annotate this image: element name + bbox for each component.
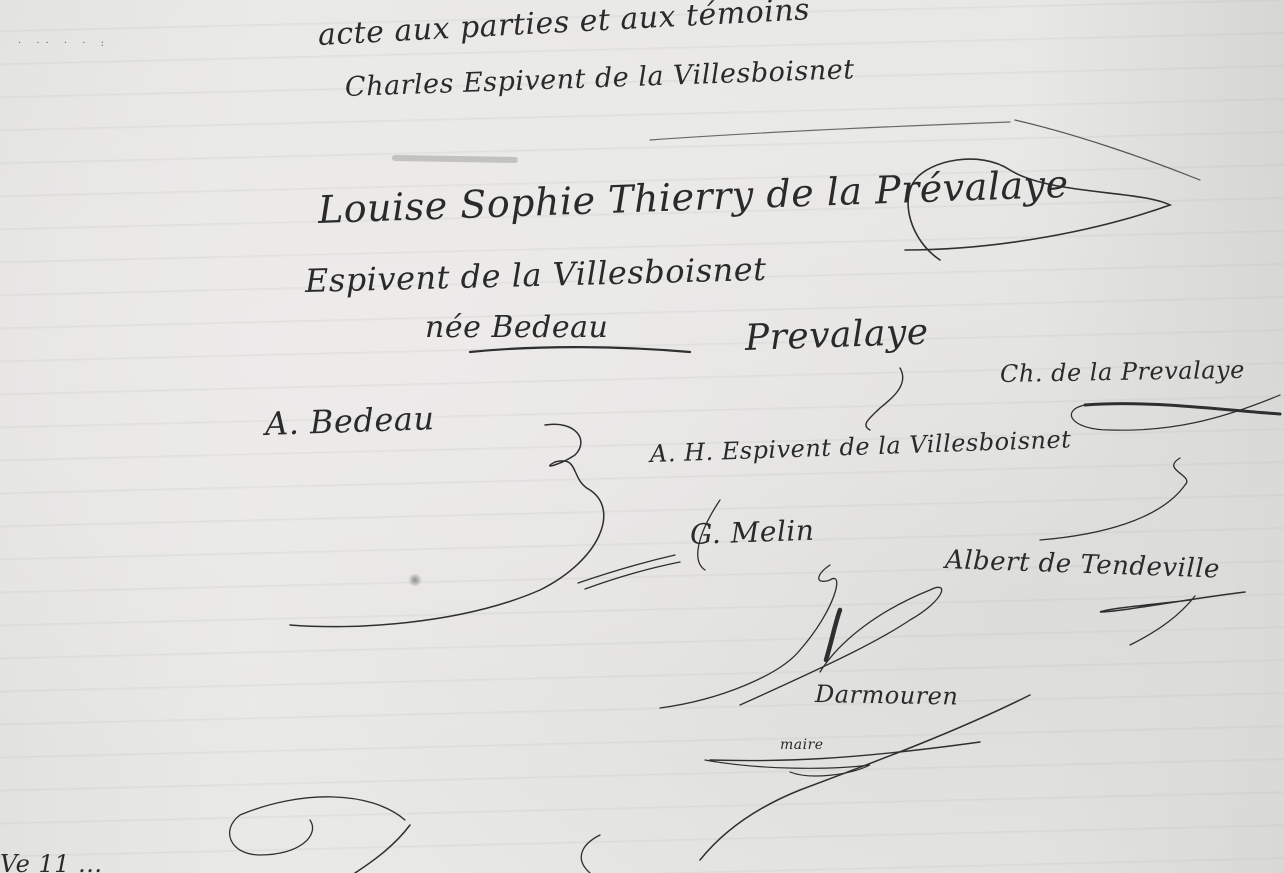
faint-underline-stroke xyxy=(650,122,1010,140)
bedeau-paraph xyxy=(290,424,604,626)
ink-flourishes xyxy=(0,0,1284,873)
signature-a-bedeau: A. Bedeau xyxy=(264,399,435,443)
ink-blot xyxy=(408,573,422,587)
bedeau-underline xyxy=(470,347,690,352)
signature-prevalaye: Prevalaye xyxy=(744,312,929,359)
bottom-capital-loop xyxy=(230,797,405,855)
signature-title-maire: maire xyxy=(780,737,824,753)
signature-darmouren: Darmouren xyxy=(815,680,959,710)
bottom-partial-line: Ve 11 ... xyxy=(0,850,103,873)
signature-g-melin: G. Melin xyxy=(689,514,814,551)
smudge xyxy=(395,158,515,160)
melin-paraph xyxy=(660,565,837,708)
prevalaye-2-paraph xyxy=(1085,404,1280,414)
signature-ch-de-la-prevalaye: Ch. de la Prevalaye xyxy=(1000,356,1245,388)
signature-nee-bedeau: née Bedeau xyxy=(425,310,608,345)
